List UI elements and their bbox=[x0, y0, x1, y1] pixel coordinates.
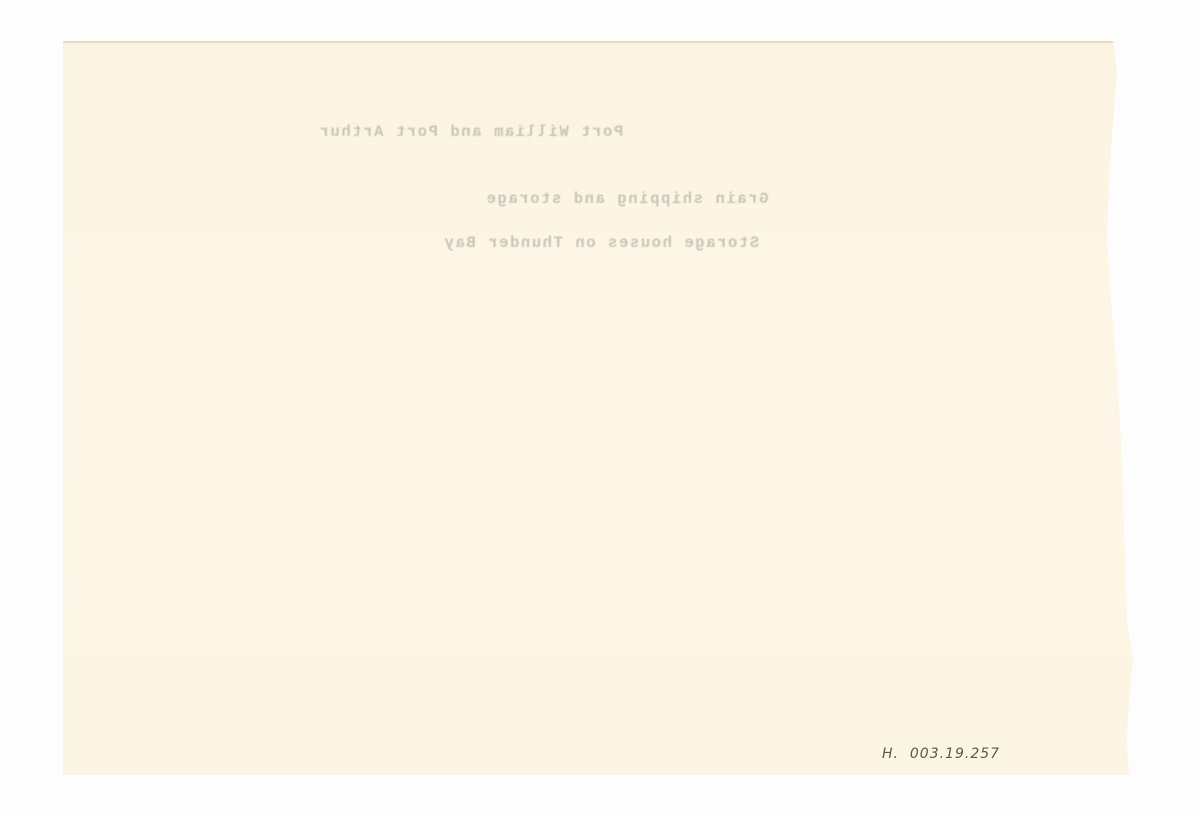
typed-caption-line-1-mirrored: Grain shipping and storage bbox=[485, 190, 768, 208]
typed-title-mirrored: Port William and Port Arthur bbox=[318, 123, 623, 141]
paper-sheet bbox=[63, 41, 1133, 775]
typed-caption-line-2-mirrored: Storage houses on Thunder Bay bbox=[443, 234, 759, 252]
handwritten-catalog-number: H. 003.19.257 bbox=[882, 746, 1000, 762]
